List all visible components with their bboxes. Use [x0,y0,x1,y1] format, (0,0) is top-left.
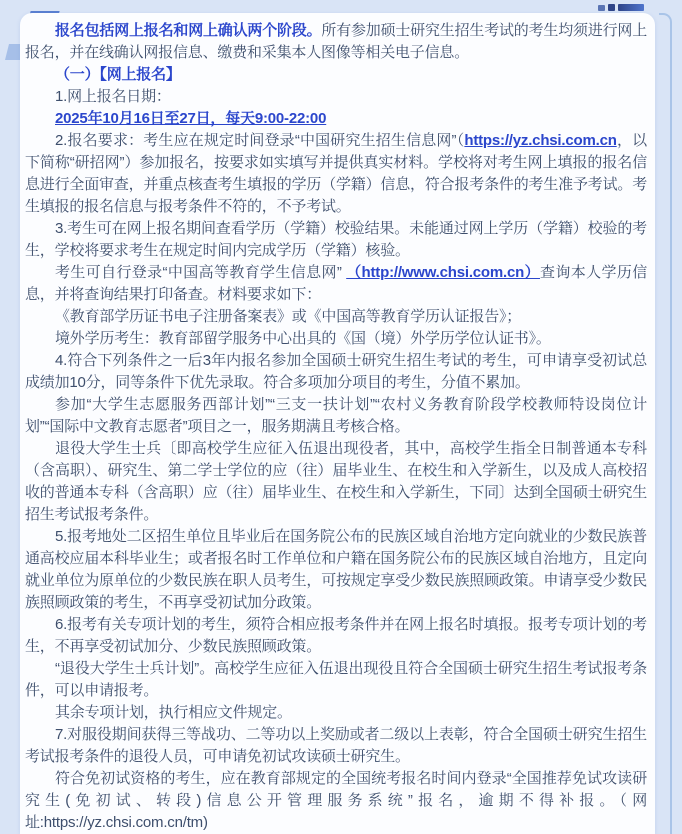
top-right-dash-icon [598,5,605,11]
paragraph: 5.报考地处二区招生单位且毕业后在国务院公布的民族区域自治地方定向就业的少数民族… [25,526,647,614]
paragraph: 《教育部学历证书电子注册备案表》或《中国高等教育学历认证报告》； [25,306,647,328]
section-heading: （一）【网上报名】 [25,64,647,86]
article-card: 报名包括网上报名和网上确认两个阶段。所有参加硕士研究生招生考试的考生均须进行网上… [20,13,655,834]
chsi-link[interactable]: （http://www.chsi.com.cn） [346,264,540,281]
paragraph: 2.报名要求：考生应在规定时间登录“中国研究生招生信息网”（https://yz… [25,130,647,218]
paragraph: 4.符合下列条件之一后3年内报名参加全国硕士研究生招生考试的考生，可申请享受初试… [25,350,647,394]
paragraph-text: 2.报名要求：考生应在规定时间登录“中国研究生招生信息网”（ [55,132,464,149]
paragraph: “退役大学生士兵计划”。高校学生应征入伍退出现役且符合全国硕士研究生招生考试报考… [25,658,647,702]
top-right-dash-icon [608,4,615,11]
paragraph: 3.考生可在网上报名期间查看学历（学籍）校验结果。未能通过网上学历（学籍）校验的… [25,218,647,262]
paragraph: 6.报考有关专项计划的考生，须符合相应报考条件并在网上报名时填报。报考专项计划的… [25,614,647,658]
paragraph: 1.网上报名日期： [25,86,647,108]
registration-date: 2025年10月16日至27日，每天9:00-22:00 [55,110,326,127]
paragraph: 境外学历考生：教育部留学服务中心出具的《国（境）外学历学位认证书》。 [25,328,647,350]
paragraph: 考生可自行登录“中国高等教育学生信息网” （http://www.chsi.co… [25,262,647,306]
date-paragraph: 2025年10月16日至27日，每天9:00-22:00 [25,108,647,130]
card-right-border-line [659,13,672,834]
paragraph: 退役大学生士兵〔即高校学生应征入伍退出现役者，其中，高校学生指全日制普通本专科（… [25,438,647,526]
lead-paragraph: 报名包括网上报名和网上确认两个阶段。所有参加硕士研究生招生考试的考生均须进行网上… [25,20,647,64]
top-right-bar-icon [618,4,644,11]
lead-bold-sentence: 报名包括网上报名和网上确认两个阶段。 [55,22,321,39]
paragraph-text: 考生可自行登录“中国高等教育学生信息网” [55,264,346,281]
page-background: { "page": { "background_color": "#d9e4f6… [0,0,682,834]
paragraph: 符合免初试资格的考生，应在教育部规定的全国统考报名时间内登录“全国推荐免试攻读研… [25,768,647,834]
paragraph: 参加“大学生志愿服务西部计划”“三支一扶计划”“农村义务教育阶段学校教师特设岗位… [25,394,647,438]
paragraph: 7.对服役期间获得三等战功、二等功以上奖励或者二级以上表彰，符合全国硕士研究生招… [25,724,647,768]
paragraph: 其余专项计划，执行相应文件规定。 [25,702,647,724]
yz-chsi-link[interactable]: https://yz.chsi.com.cn [464,132,616,149]
